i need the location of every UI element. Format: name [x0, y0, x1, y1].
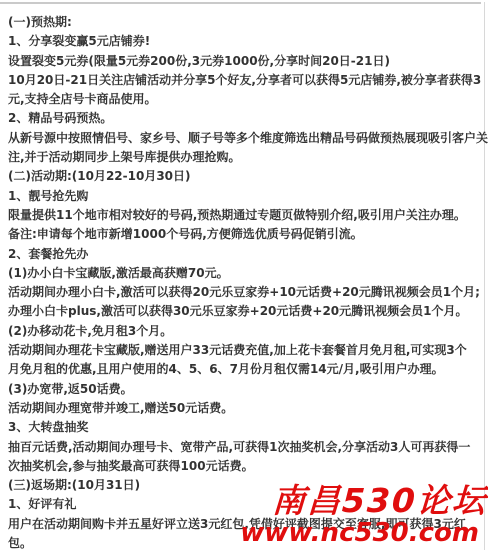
text-line: 2、精品号码预热。 [8, 109, 482, 128]
text-line: 1、分享裂变赢5元店铺券! [8, 32, 482, 51]
text-line: 次抽奖机会,参与抽奖最高可获得100元话费。 [8, 457, 482, 476]
text-line: 设置裂变5元券(限量5元券200份,3元券1000份,分享时间20日-21日) [8, 52, 482, 71]
text-line: 限量提供11个地市相对较好的号码,预热期通过专题页做特别介绍,吸引用户关注办理。 [8, 206, 482, 225]
post-text: (一)预热期:1、分享裂变赢5元店铺券!设置裂变5元券(限量5元券200份,3元… [8, 13, 482, 550]
text-line: (1)办小白卡宝藏版,激活最高获赠70元。 [8, 264, 482, 283]
text-line: 用户在活动期间购卡并五星好评立送3元红包,凭借好评截图提交至客服,即可获得3元红 [8, 515, 482, 534]
right-divider [484, 2, 485, 550]
text-line: 备注:申请每个地市新增1000个号码,方便筛选优质号码促销引流。 [8, 225, 482, 244]
text-line: (一)预热期: [8, 13, 482, 32]
text-line: (2)办移动花卡,免月租3个月。 [8, 322, 482, 341]
text-line: 活动期间办理小白卡,激活可以获得20元乐豆家券+10元话费+20元腾讯视频会员1… [8, 283, 482, 302]
text-line: 1、靓号抢先购 [8, 187, 482, 206]
text-line: 元,支持全店号卡商品使用。 [8, 90, 482, 109]
text-line: 1、好评有礼 [8, 495, 482, 514]
text-line: 2、套餐抢先办 [8, 245, 482, 264]
text-line: 3、大转盘抽奖 [8, 418, 482, 437]
text-line: 活动期间办理花卡宝藏版,赠送用户33元话费充值,加上花卡套餐首月免月租,可实现3… [8, 341, 482, 360]
forum-post-page: (一)预热期:1、分享裂变赢5元店铺券!设置裂变5元券(限量5元券200份,3元… [0, 0, 488, 550]
text-line: 活动期间办理宽带并竣工,赠送50元话费。 [8, 399, 482, 418]
text-line: 10月20日-21日关注店铺活动并分享5个好友,分享者可以获得5元店铺券,被分享… [8, 71, 482, 90]
text-line: (3)办宽带,返50话费。 [8, 380, 482, 399]
text-line: 注,并于活动期同步上架号库提供办理抢购。 [8, 148, 482, 167]
text-line: 抽百元话费,活动期间办理号卡、宽带产品,可获得1次抽奖机会,分享活动3人可再获得… [8, 438, 482, 457]
text-line: 办理小白卡plus,激活可以获得30元乐豆家券+20元话费+20元腾讯视频会员1… [8, 302, 482, 321]
text-line: 从新号源中按照情侣号、家乡号、顺子号等多个维度筛选出精品号码做预热展现吸引客户关 [8, 129, 482, 148]
text-line: (二)活动期:(10月22-10月30日) [8, 167, 482, 186]
text-line: 包。 [8, 534, 482, 550]
text-line: (三)返场期:(10月31日) [8, 476, 482, 495]
text-line: 月免月租的优惠,且用户使用的4、5、6、7月份月租仅需14元/月,吸引用户办理。 [8, 360, 482, 379]
top-divider [0, 2, 481, 4]
